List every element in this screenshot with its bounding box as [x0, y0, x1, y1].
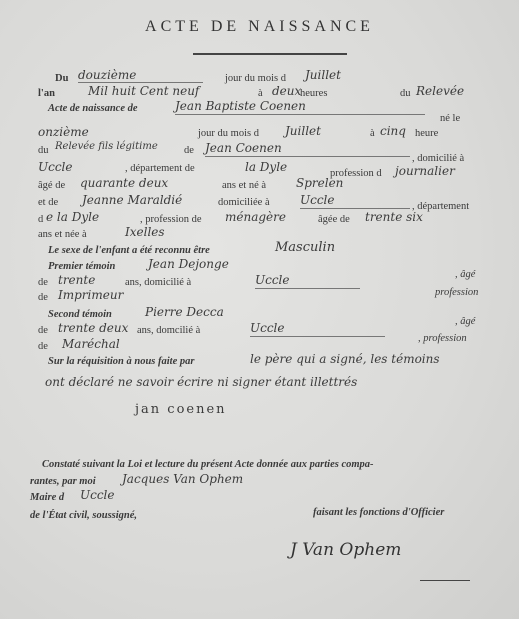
label-a: à: [258, 88, 263, 99]
label-jour-du-mois: jour du mois d: [225, 73, 286, 84]
title-rule: [193, 53, 347, 55]
label-ans-ne: ans et né à: [222, 180, 266, 191]
hw-child-name: Jean Baptiste Coenen: [175, 99, 306, 113]
label-second-temoin: Second témoin: [48, 309, 112, 320]
label-premier-temoin: Premier témoin: [48, 261, 115, 272]
label-du: Du: [55, 73, 68, 84]
hw-period: Relevée: [416, 84, 464, 98]
hw-father-dept: la Dyle: [245, 160, 287, 174]
signature-flourish: [420, 580, 470, 581]
hw-birth-month: Juillet: [285, 124, 321, 138]
label-ans-dom: ans, domicilié à: [125, 277, 191, 288]
label-profession-w1: profession: [435, 287, 478, 298]
hw-requisition-2: ont déclaré ne savoir écrire ni signer é…: [45, 375, 357, 389]
hw-requisition-1: le père qui a signé, les témoins: [250, 352, 440, 366]
label-faisant: faisant les fonctions d'Officier: [313, 507, 444, 518]
hw-officer-name: Jacques Van Ophem: [122, 472, 243, 486]
hw-mother-profession: ménagère: [225, 210, 286, 224]
underline: [205, 156, 410, 157]
hw-father-profession: journalier: [395, 164, 455, 178]
label-du3: du: [38, 145, 49, 156]
hw-witness2-domicile: Uccle: [250, 321, 285, 335]
document-title: ACTE DE NAISSANCE: [0, 18, 519, 36]
label-agee-de: âgée de: [318, 214, 350, 225]
hw-birth-period: Relevée fils légitime: [55, 141, 158, 152]
label-jour-du-mois2: jour du mois d: [198, 128, 259, 139]
label-age-de: âgé de: [38, 180, 65, 191]
hw-witness2-name: Pierre Decca: [145, 305, 224, 319]
hw-father-birthplace: Sprelen: [296, 176, 343, 190]
officer-signature: J Van Ophem: [290, 540, 401, 560]
birth-certificate-page: ACTE DE NAISSANCE Du douzième jour du mo…: [0, 0, 519, 619]
label-de-w1: de: [38, 277, 48, 288]
label-ne-le: né le: [440, 113, 460, 124]
label-constate-2: rantes, par moi: [30, 476, 96, 487]
hw-hour: deux: [272, 84, 301, 98]
label-de-w2: de: [38, 325, 48, 336]
hw-witness2-profession: Maréchal: [62, 337, 120, 351]
label-profession-w2: , profession: [418, 333, 467, 344]
hw-father-age: quarante deux: [80, 176, 168, 190]
label-lan: l'an: [38, 88, 55, 99]
hw-commune: Uccle: [80, 488, 115, 502]
label-age-w2: , âgé: [455, 316, 475, 327]
label-a2: à: [370, 128, 375, 139]
label-heures: heures: [300, 88, 327, 99]
hw-father-domicile: Uccle: [38, 160, 73, 174]
underline: [78, 82, 203, 83]
label-du2: du: [400, 88, 411, 99]
hw-month: Juillet: [305, 68, 341, 82]
label-et-de: et de: [38, 197, 58, 208]
hw-witness1-name: Jean Dejonge: [148, 257, 229, 271]
underline: [175, 114, 425, 115]
hw-witness1-domicile: Uccle: [255, 273, 290, 287]
hw-mother-age: trente six: [365, 210, 423, 224]
hw-mother-dept: e la Dyle: [46, 210, 99, 224]
underline: [250, 336, 385, 337]
hw-sex: Masculin: [275, 240, 335, 255]
father-signature: jan coenen: [135, 402, 227, 417]
label-age-w1: , âgé: [455, 269, 475, 280]
label-departement: , département de: [125, 163, 195, 174]
label-de-prof1: de: [38, 292, 48, 303]
label-de2: d: [38, 214, 43, 225]
hw-day: douzième: [78, 68, 136, 82]
label-requisition: Sur la réquisition à nous faite par: [48, 356, 194, 367]
hw-mother-name: Jeanne Maraldié: [82, 193, 182, 207]
label-constate-1: Constaté suivant la Loi et lecture du pr…: [42, 459, 374, 470]
hw-witness1-profession: Imprimeur: [58, 288, 123, 302]
hw-witness2-age: trente deux: [58, 321, 128, 335]
label-etat-civil: de l'État civil, soussigné,: [30, 510, 137, 521]
underline: [300, 208, 410, 209]
hw-year: Mil huit Cent neuf: [88, 84, 199, 98]
label-sexe: Le sexe de l'enfant a été reconnu être: [48, 245, 210, 256]
label-maire: Maire d: [30, 492, 64, 503]
hw-birth-day: onzième: [38, 125, 89, 139]
label-ans-nee: ans et née à: [38, 229, 87, 240]
label-domicilie: , domicilié à: [412, 153, 464, 164]
hw-witness1-age: trente: [58, 273, 95, 287]
underline: [255, 288, 360, 289]
hw-birth-hour: cinq: [380, 124, 406, 138]
hw-mother-domicile: Uccle: [300, 193, 335, 207]
hw-father-name: Jean Coenen: [205, 141, 282, 155]
label-profession-de: , profession de: [140, 214, 202, 225]
label-de: de: [184, 145, 194, 156]
label-de-prof2: de: [38, 341, 48, 352]
label-acte-de: Acte de naissance de: [48, 103, 138, 114]
label-ans-dom2: ans, domcilié à: [137, 325, 200, 336]
label-heure: heure: [415, 128, 438, 139]
label-domiciliee: domiciliée à: [218, 197, 270, 208]
hw-mother-birthplace: Ixelles: [125, 225, 165, 239]
